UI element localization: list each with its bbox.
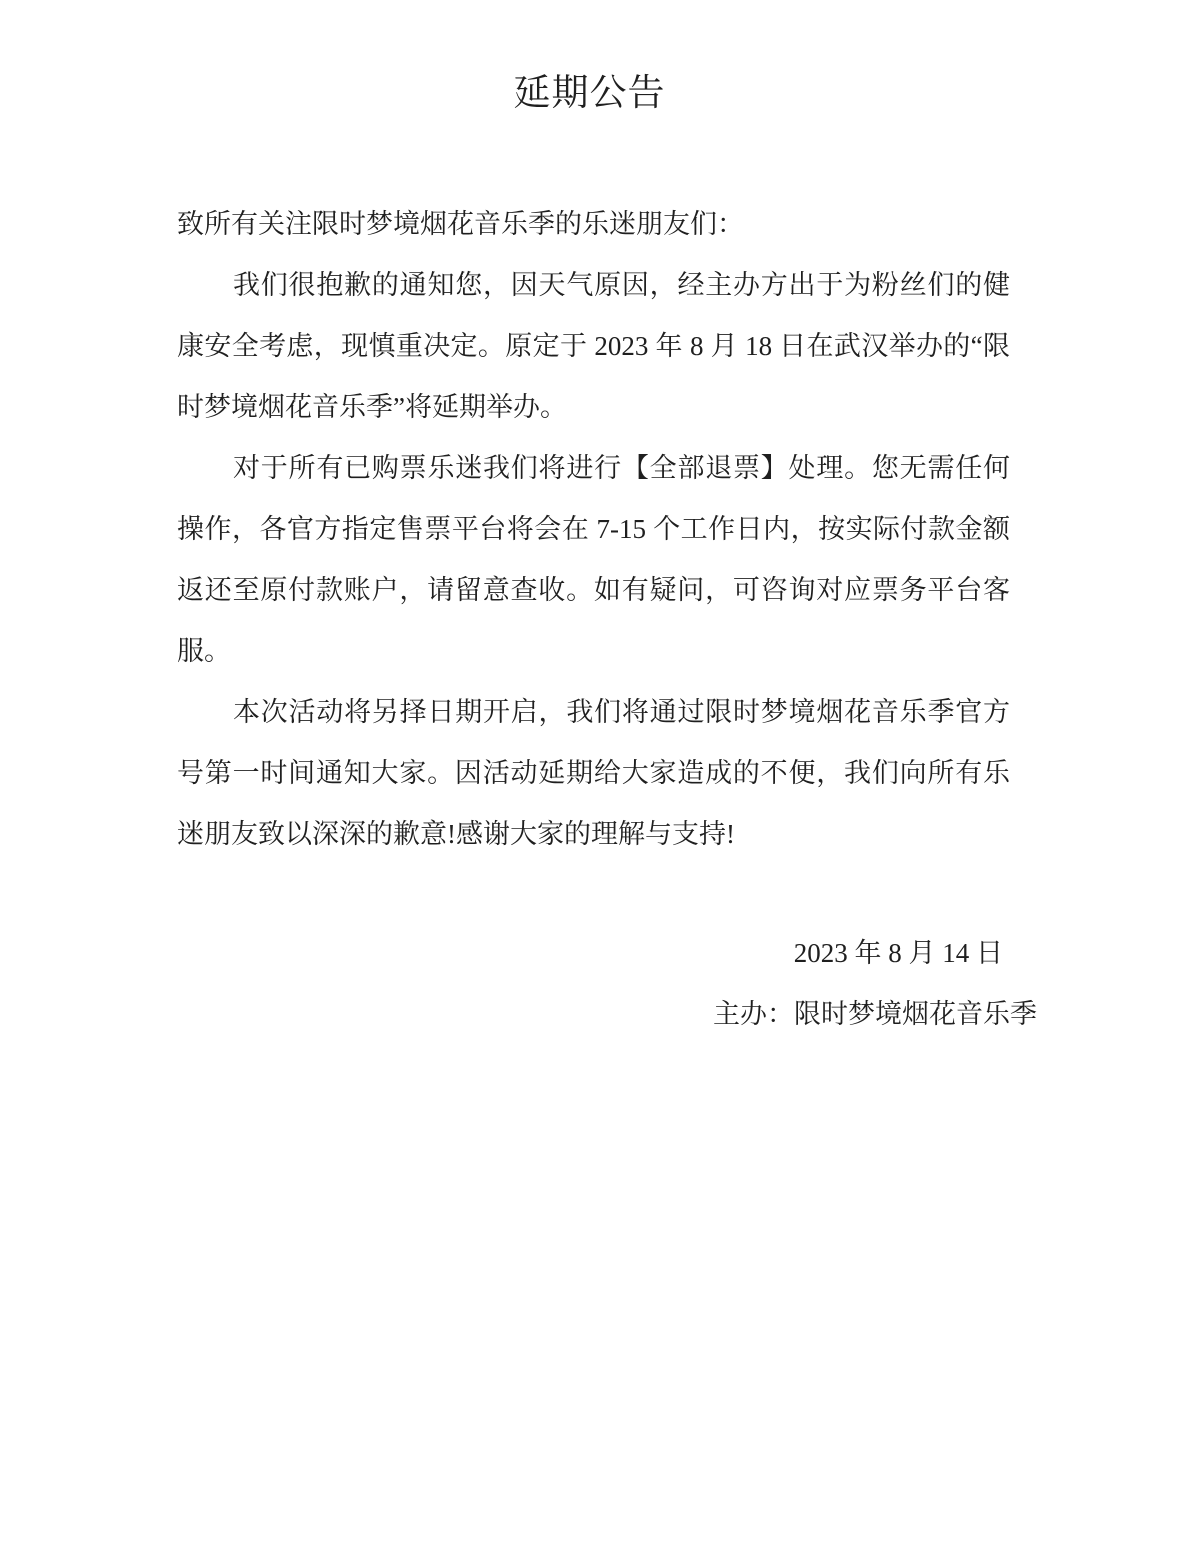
body-line: 本次活动将另择日期开启，我们将通过限时梦境烟花音乐季官方 [177, 682, 1010, 743]
organizer-line: 主办：限时梦境烟花音乐季 [0, 984, 1179, 1045]
body-line: 致所有关注限时梦境烟花音乐季的乐迷朋友们： [177, 194, 1010, 255]
body-line: 返还至原付款账户，请留意查收。如有疑问，可咨询对应票务平台客 [177, 560, 1010, 621]
body-line: 号第一时间通知大家。因活动延期给大家造成的不便，我们向所有乐 [177, 743, 1010, 804]
announcement-document: 延期公告 致所有关注限时梦境烟花音乐季的乐迷朋友们：我们很抱歉的通知您，因天气原… [0, 0, 1179, 1559]
body-line: 康安全考虑，现慎重决定。原定于 2023 年 8 月 18 日在武汉举办的“限 [177, 316, 1010, 377]
body-line: 服。 [177, 621, 1010, 682]
body-line: 我们很抱歉的通知您，因天气原因，经主办方出于为粉丝们的健 [177, 255, 1010, 316]
body-line: 时梦境烟花音乐季”将延期举办。 [177, 377, 1010, 438]
date-line: 2023 年 8 月 14 日 [0, 923, 1179, 984]
body-line: 操作，各官方指定售票平台将会在 7-15 个工作日内，按实际付款金额 [177, 499, 1010, 560]
document-closing: 2023 年 8 月 14 日 主办：限时梦境烟花音乐季 [0, 923, 1179, 1045]
body-line: 迷朋友致以深深的歉意!感谢大家的理解与支持! [177, 804, 1010, 865]
body-line: 对于所有已购票乐迷我们将进行【全部退票】处理。您无需任何 [177, 438, 1010, 499]
document-title: 延期公告 [0, 0, 1179, 116]
document-body: 致所有关注限时梦境烟花音乐季的乐迷朋友们：我们很抱歉的通知您，因天气原因，经主办… [177, 194, 1010, 865]
